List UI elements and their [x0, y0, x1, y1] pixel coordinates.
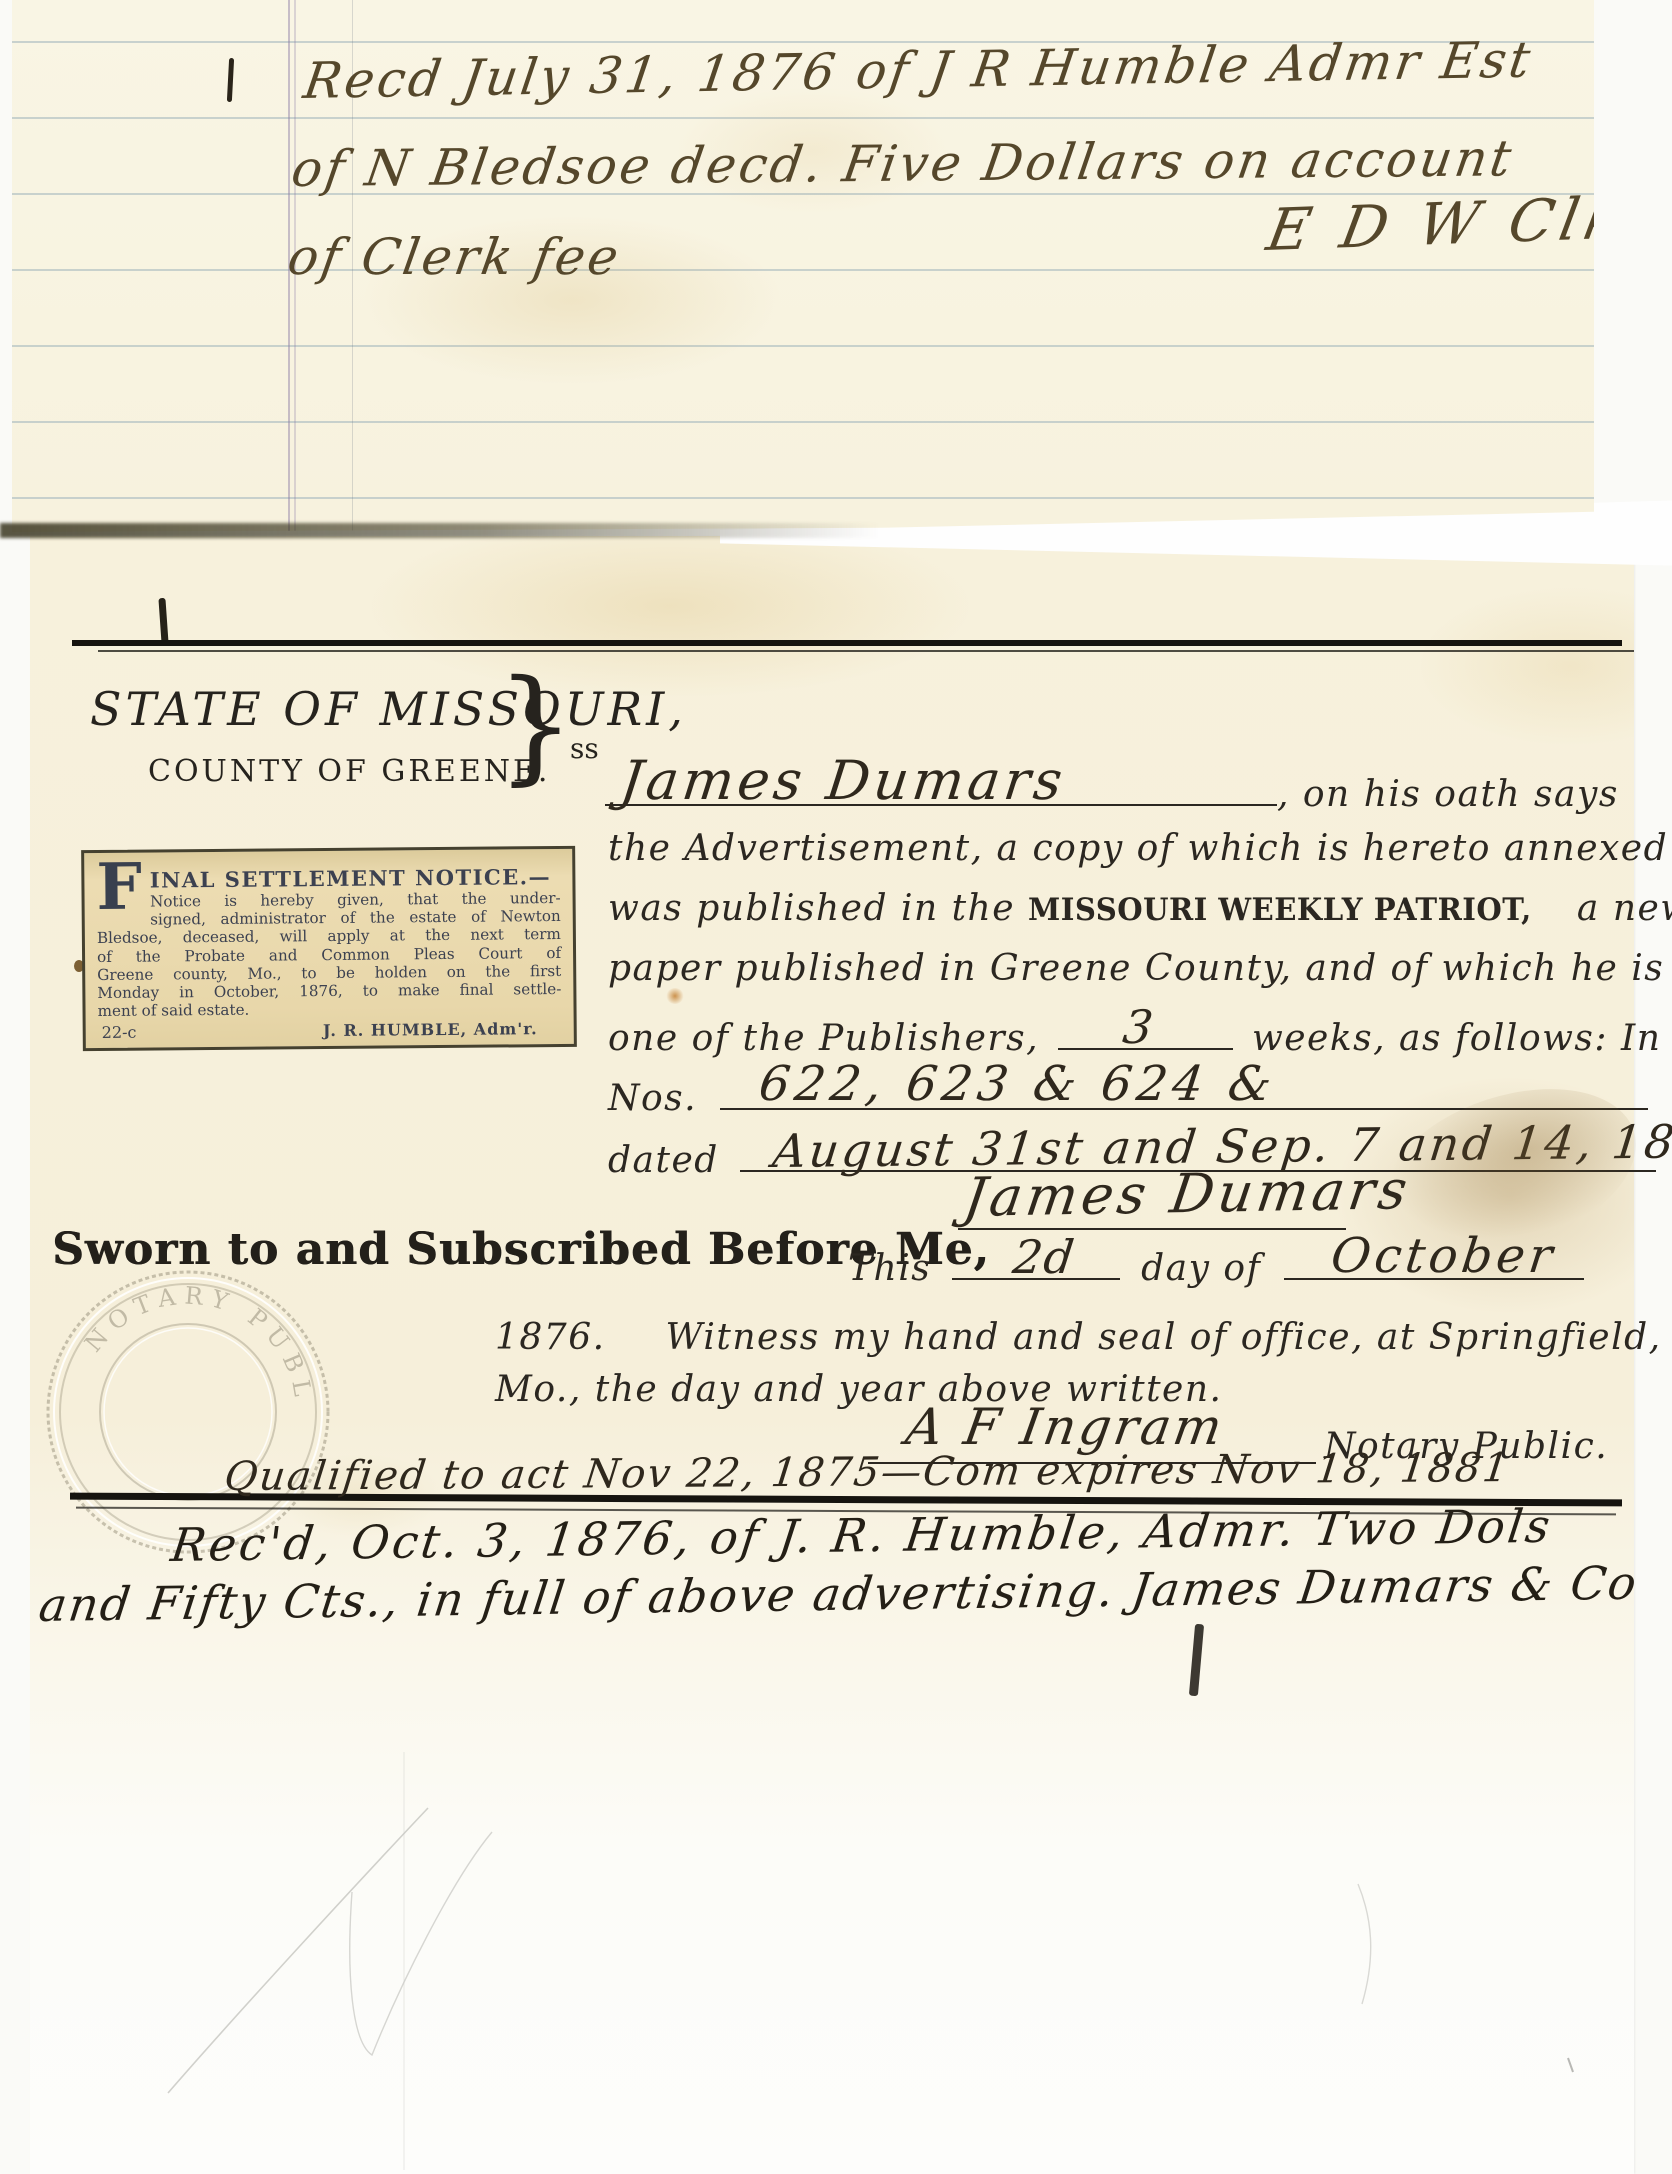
affidavit-paper: NOTARY PUBLIC STATE OF MISSOURI, COUNTY … [30, 536, 1634, 2174]
ink-smear-icon [1189, 1624, 1204, 1697]
lined-receipt-paper: Recd July 31, 1876 of J R Humble Admr Es… [12, 0, 1594, 532]
body-line-3-post: a news- [1564, 888, 1672, 929]
ink-blot-icon [227, 58, 234, 102]
deponent-signature: James Dumars [960, 1158, 1415, 1229]
paper-shadow [0, 523, 880, 538]
newspaper-clipping: F INAL SETTLEMENT NOTICE.— Notice is her… [81, 846, 577, 1051]
newspaper-name: MISSOURI WEEKLY PATRIOT, [1028, 892, 1532, 928]
month-value-handwriting: October [1328, 1228, 1559, 1284]
stain [666, 988, 684, 1004]
county-heading: COUNTY OF GREENE. [148, 754, 550, 789]
nos-value-handwriting: 622, 623 & 624 & [756, 1056, 1279, 1112]
witness-line-1: 1876. Witness my hand and seal of office… [495, 1317, 1662, 1358]
body-line-2: the Advertisement, a copy of which is he… [608, 828, 1668, 869]
clipping-title: INAL SETTLEMENT NOTICE.— [96, 857, 560, 893]
body-line-3: was published in the MISSOURI WEEKLY PAT… [608, 888, 1672, 929]
state-heading: STATE OF MISSOURI, [90, 682, 687, 736]
nos-line: Nos. 622, 623 & 624 & [608, 1068, 1648, 1119]
deponent-name-blank: James Dumars [605, 760, 1277, 806]
body-line-5-pre: one of the Publishers, [608, 1018, 1039, 1059]
body-line-3-pre: was published in the [608, 888, 1028, 929]
top-rule-thick [72, 640, 1622, 646]
body-line-5: one of the Publishers, 3 weeks, as follo… [608, 1008, 1661, 1059]
deponent-name-handwriting: James Dumars [617, 749, 1070, 812]
clipping-footer-code: 22-c [102, 1022, 137, 1041]
nos-blank: 622, 623 & 624 & [720, 1068, 1648, 1110]
ink-mark-icon [158, 598, 168, 644]
nos-label: Nos. [608, 1078, 697, 1119]
day-of-label: day of [1141, 1248, 1261, 1289]
month-blank: October [1284, 1238, 1584, 1280]
oath-line: James Dumars , on his oath says [605, 760, 1619, 815]
body-line-5-post: weeks, as follows: In [1252, 1018, 1661, 1059]
brace-glyph: } [496, 654, 575, 798]
receipt-line-2: of N Bledsoe decd. Five Dollars on accou… [288, 129, 1518, 198]
receipt-line-3: of Clerk fee [284, 228, 625, 286]
day-value-handwriting: 2d [1010, 1230, 1078, 1284]
this-label: This [848, 1248, 931, 1289]
document-scan: { "top_receipt": { "lines": [ "Recd July… [0, 0, 1672, 2174]
clipping-footer-signature: J. R. HUMBLE, Adm'r. [323, 1019, 538, 1040]
top-rule-thin [98, 650, 1634, 652]
dated-label: dated [608, 1140, 719, 1181]
day-blank: 2d [952, 1238, 1120, 1280]
weeks-value-handwriting: 3 [1120, 1000, 1157, 1054]
receipt-signature: E D W Clk [1262, 184, 1632, 264]
year-text: 1876. [495, 1317, 606, 1358]
oath-suffix-text: , on his oath says [1277, 774, 1619, 815]
body-line-4: paper published in Greene County, and of… [608, 948, 1664, 989]
weeks-blank: 3 [1058, 1008, 1233, 1050]
receipt-line-1: Recd July 31, 1876 of J R Humble Admr Es… [300, 31, 1537, 110]
clipping-dropcap: F [96, 863, 142, 913]
jurat-date-line: This 2d day of October [848, 1238, 1584, 1289]
witness-text-1: Witness my hand and seal of office, at S… [665, 1317, 1661, 1358]
qualification-handwriting: Qualified to act Nov 22, 1875—Com expire… [222, 1445, 1513, 1500]
ss-label: ss [570, 732, 599, 765]
